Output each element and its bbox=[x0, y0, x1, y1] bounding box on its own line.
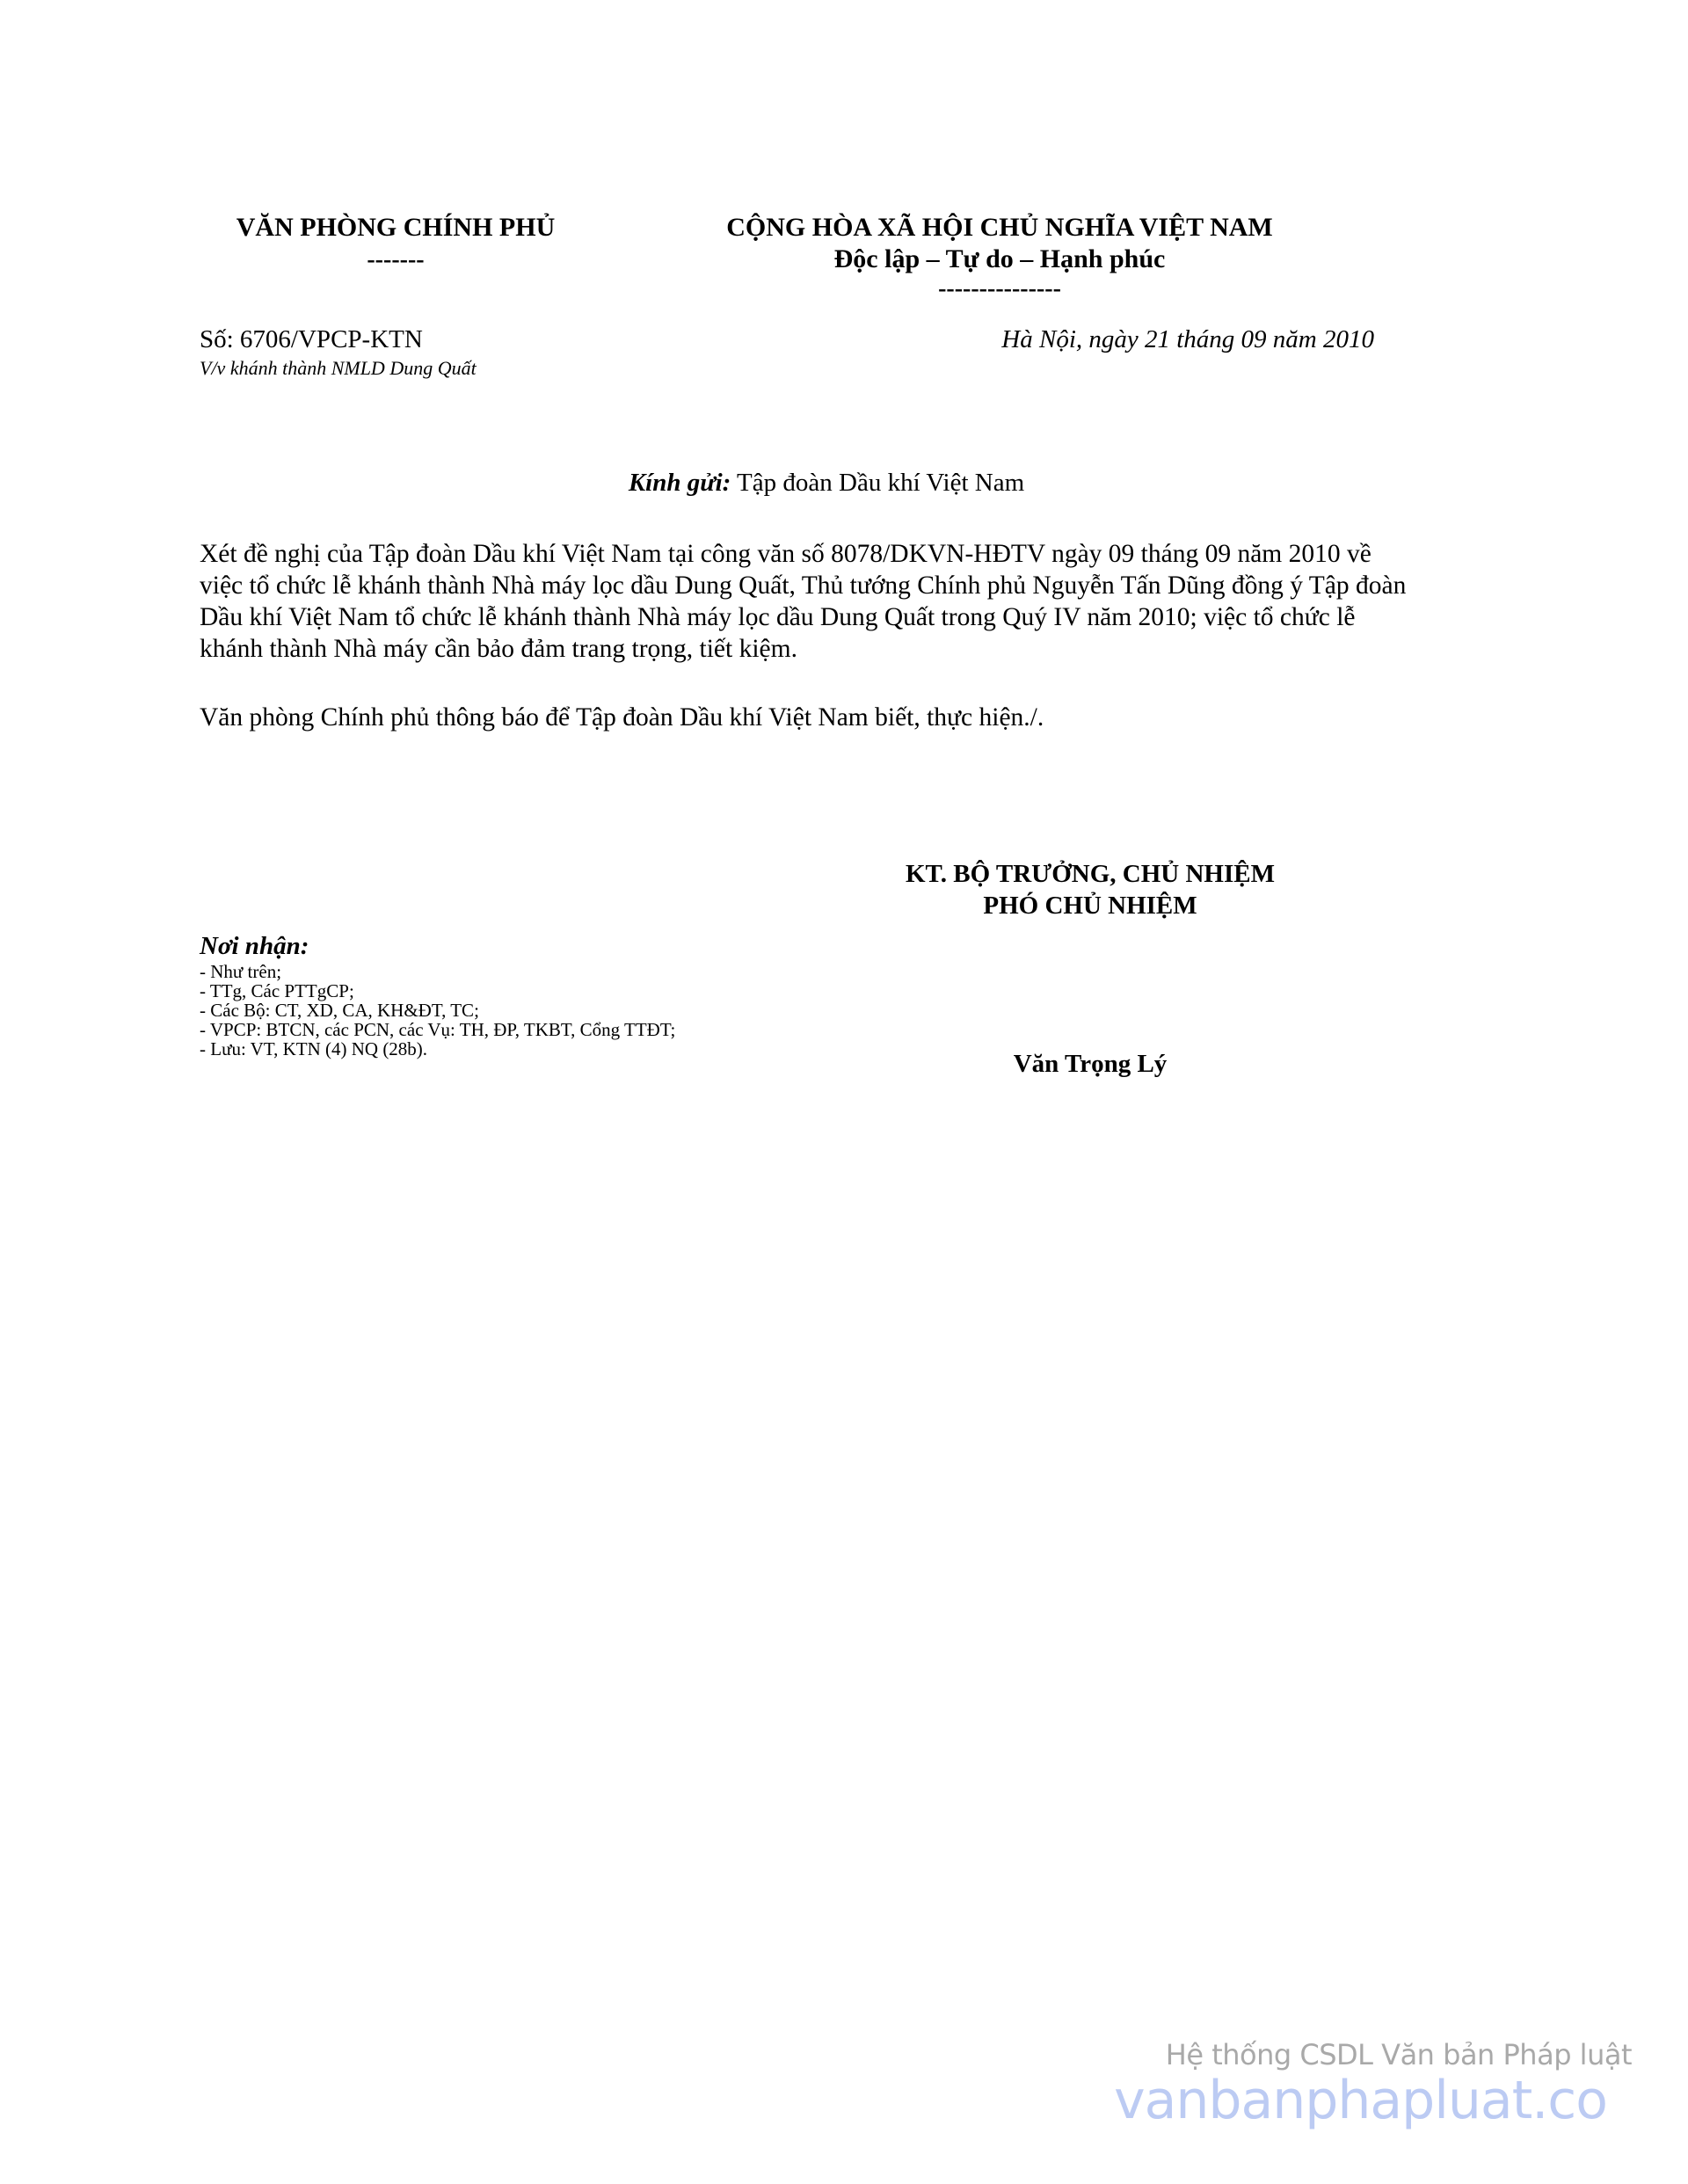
signer-name: Văn Trọng Lý bbox=[826, 1050, 1354, 1079]
recipients-list: - Như trên; - TTg, Các PTTgCP; - Các Bộ:… bbox=[200, 962, 675, 1059]
body-line: Xét đề nghị của Tập đoàn Dầu khí Việt Na… bbox=[200, 538, 1492, 570]
recipient-item: - Các Bộ: CT, XD, CA, KH&ĐT, TC; bbox=[200, 1001, 675, 1020]
recipient-item: - TTg, Các PTTgCP; bbox=[200, 981, 675, 1001]
addressee-name: Tập đoàn Dầu khí Việt Nam bbox=[731, 469, 1024, 497]
place-and-date: Hà Nội, ngày 21 tháng 09 năm 2010 bbox=[1001, 325, 1374, 354]
document-number: Số: 6706/VPCP-KTN bbox=[200, 325, 423, 354]
addressee: Kính gửi: Tập đoàn Dầu khí Việt Nam bbox=[0, 469, 1653, 498]
body-paragraph-2: Văn phòng Chính phủ thông báo để Tập đoà… bbox=[200, 703, 1044, 732]
national-motto: Độc lập – Tự do – Hạnh phúc bbox=[692, 244, 1307, 274]
recipient-item: - Như trên; bbox=[200, 962, 675, 981]
signature-position: PHÓ CHỦ NHIỆM bbox=[826, 892, 1354, 921]
document-subject: V/v khánh thành NMLD Dung Quất bbox=[200, 357, 477, 380]
motto-separator: --------------- bbox=[692, 275, 1307, 303]
body-line: Dầu khí Việt Nam tổ chức lễ khánh thành … bbox=[200, 601, 1492, 633]
body-line: việc tổ chức lễ khánh thành Nhà máy lọc … bbox=[200, 570, 1492, 601]
recipients-heading: Nơi nhận: bbox=[200, 932, 309, 961]
body-line: khánh thành Nhà máy cần bảo đảm trang tr… bbox=[200, 633, 1492, 665]
addressee-label: Kính gửi: bbox=[629, 469, 731, 497]
watermark-site: vanbanphapluat.co bbox=[1114, 2070, 1607, 2131]
recipient-item: - VPCP: BTCN, các PCN, các Vụ: TH, ĐP, T… bbox=[200, 1020, 675, 1039]
recipient-item: - Lưu: VT, KTN (4) NQ (28b). bbox=[200, 1039, 675, 1059]
watermark-caption: Hệ thống CSDL Văn bản Pháp luật bbox=[1166, 2038, 1632, 2071]
body-paragraph-1: Xét đề nghị của Tập đoàn Dầu khí Việt Na… bbox=[200, 538, 1492, 665]
organization-separator: ------- bbox=[220, 246, 571, 274]
national-title: CỘNG HÒA XÃ HỘI CHỦ NGHĨA VIỆT NAM bbox=[692, 213, 1307, 243]
issuing-organization: VĂN PHÒNG CHÍNH PHỦ bbox=[220, 213, 571, 243]
signature-title: KT. BỘ TRƯỞNG, CHỦ NHIỆM bbox=[826, 860, 1354, 889]
